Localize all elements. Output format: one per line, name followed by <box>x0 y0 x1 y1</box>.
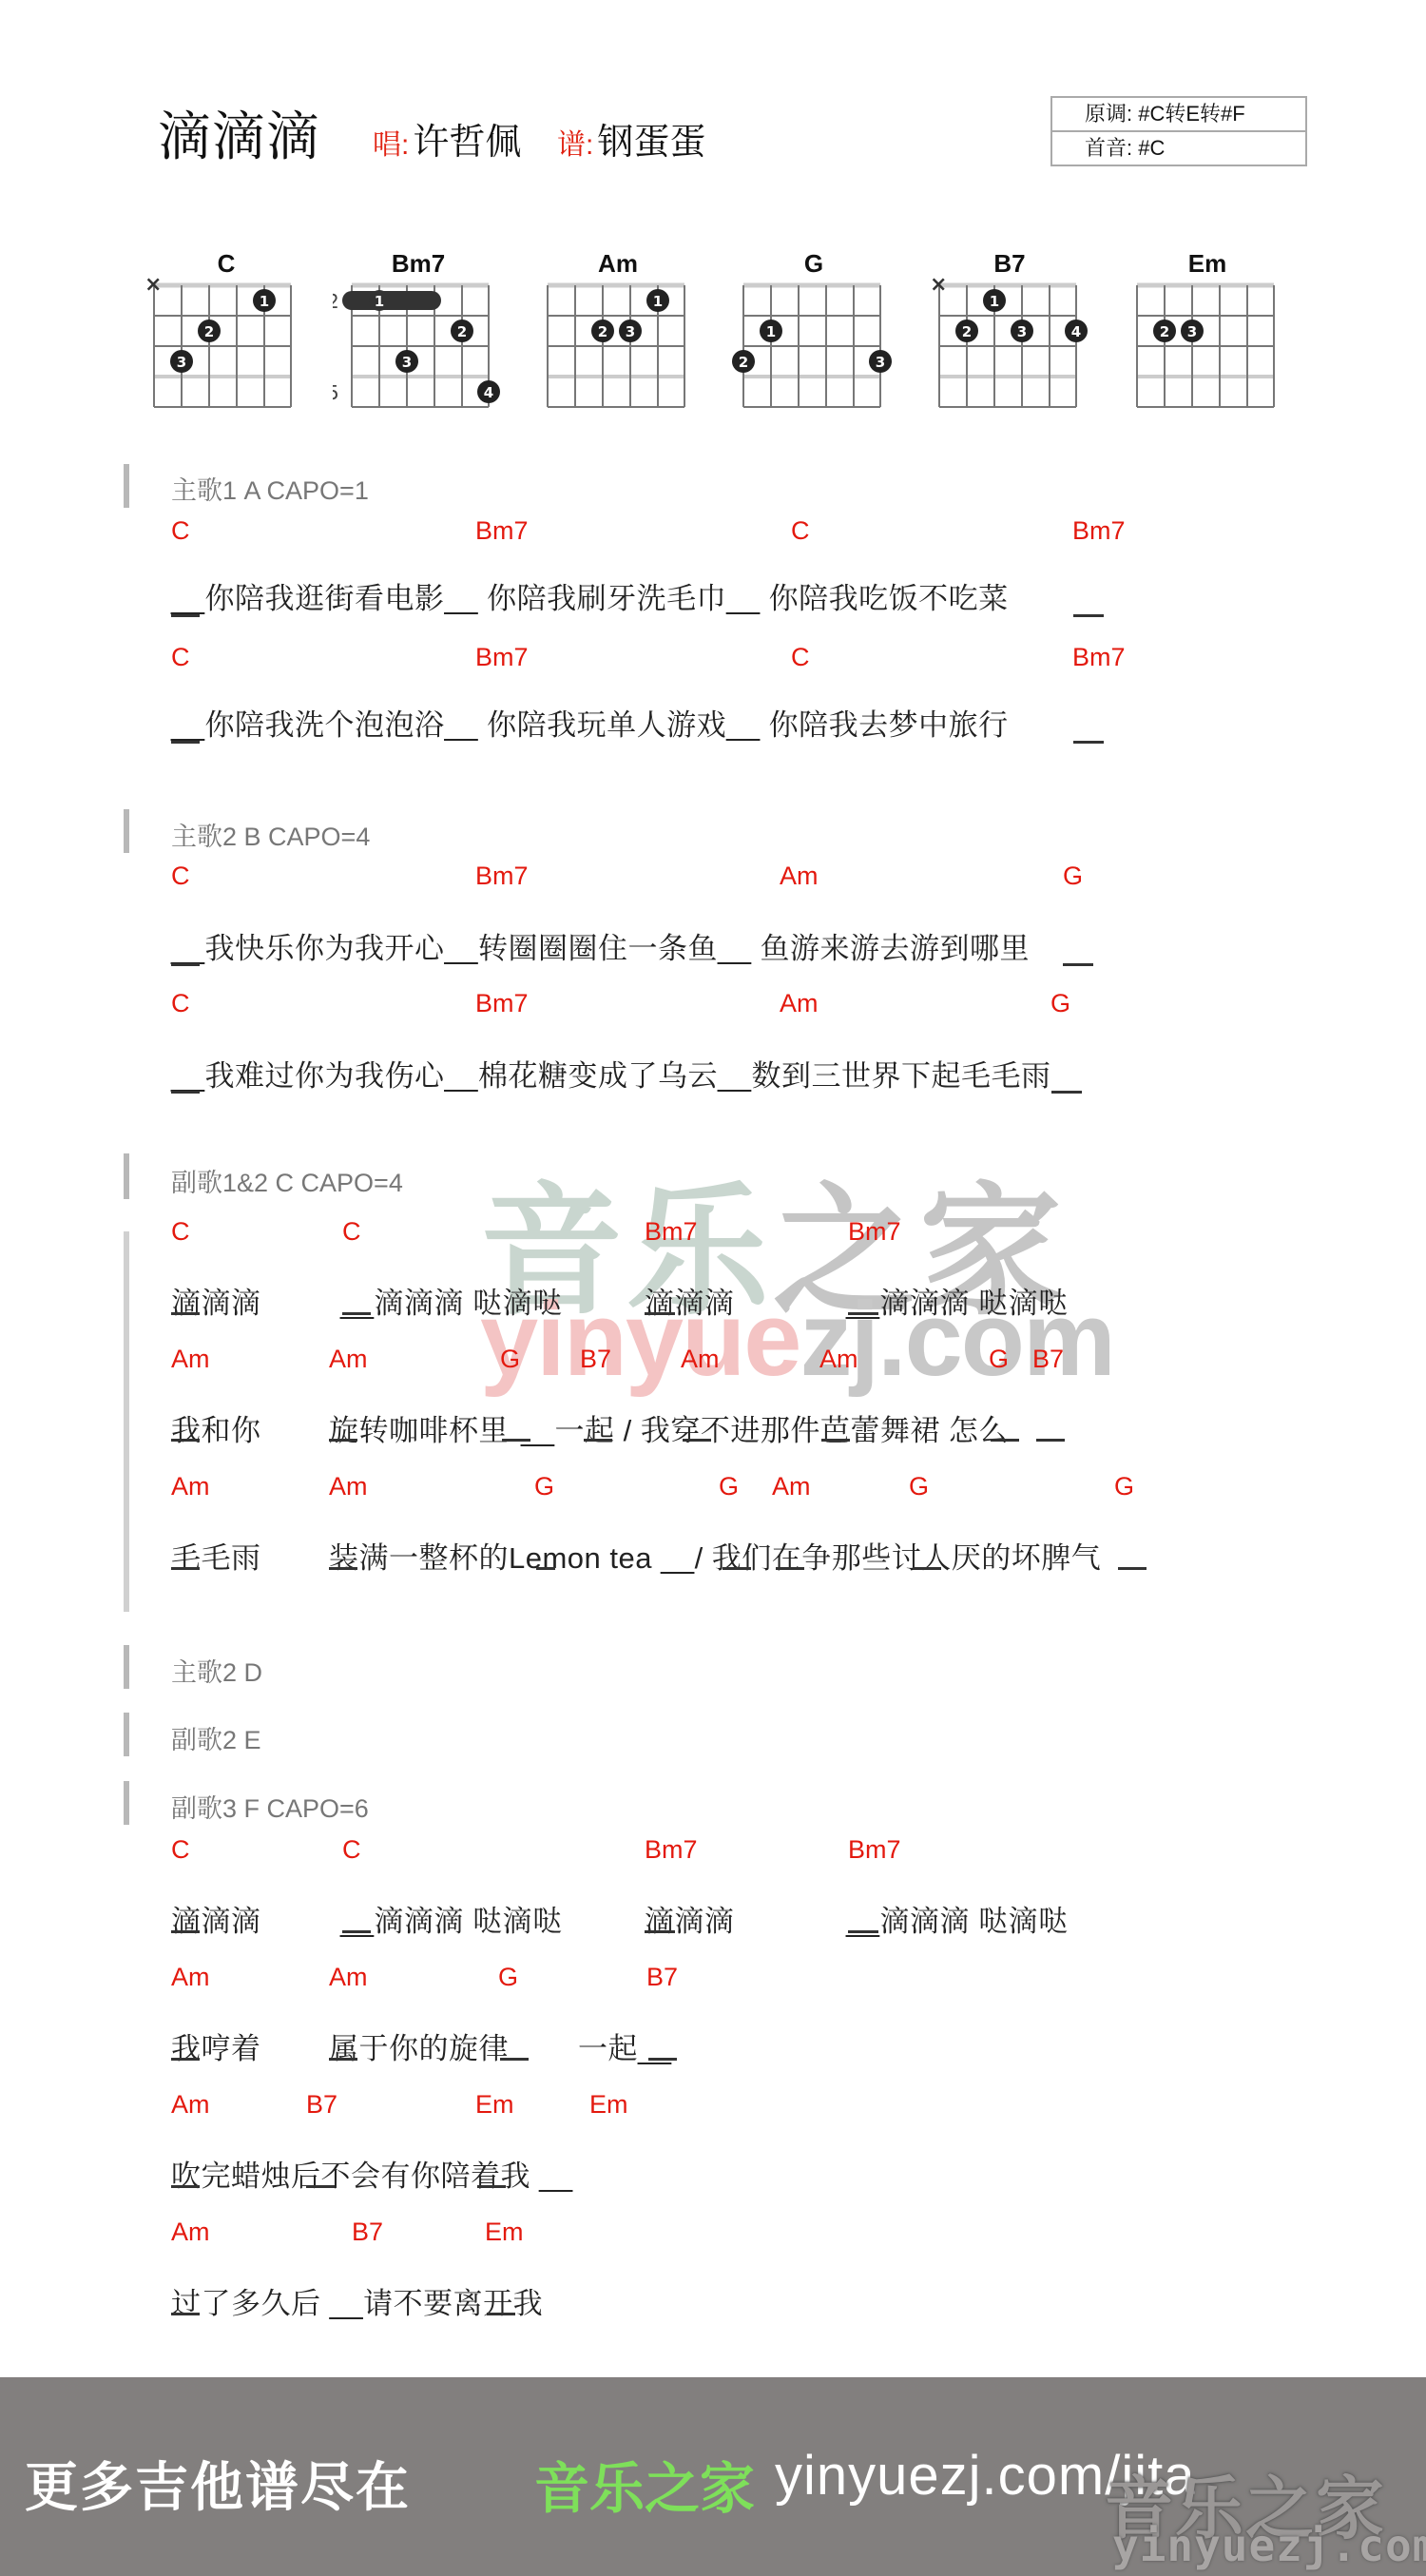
arranger-label: 谱: <box>557 129 593 161</box>
svg-text:×: × <box>930 273 947 297</box>
section-marker <box>124 809 129 853</box>
svg-text:3: 3 <box>876 354 885 371</box>
section-marker <box>124 1781 129 1825</box>
chord-label: Am <box>171 2218 210 2247</box>
chord-label: Am <box>171 2090 210 2120</box>
lyric-line: 过了多久后 __请不要离开我 <box>171 2279 543 2322</box>
lyric-part: __一起 / 我穿不进那件芭蕾舞裙 怎么 <box>521 1406 1009 1449</box>
chord-diagram-em: Em 2 3 <box>1122 243 1293 415</box>
chord-label: B7 <box>580 1345 611 1374</box>
lyric-line: __你陪我洗个泡泡浴__ 你陪我玩单人游戏__ 你陪我去梦中旅行 <box>171 701 1009 744</box>
chord-label: Em <box>475 2090 514 2120</box>
section-label-verse2: 主歌2 B CAPO=4 <box>171 816 370 853</box>
svg-text:3: 3 <box>1017 323 1027 340</box>
chord-label: G <box>498 1963 518 1992</box>
lyric-line: __你陪我逛街看电影__ 你陪我刷牙洗毛巾__ 你陪我吃饭不吃菜 <box>171 574 1009 617</box>
fretboard-icon: 1 2 3 <box>728 243 899 415</box>
chord-label: Em <box>589 2090 628 2120</box>
lyric-part: 属于你的旋律 <box>329 2024 509 2067</box>
chord-label: C <box>171 862 190 891</box>
lyric-part: 滴滴滴 <box>171 1897 261 1940</box>
chord-label: G <box>500 1345 520 1374</box>
chord-label: Bm7 <box>475 643 529 672</box>
lyric-part: __滴滴滴 哒滴哒 <box>340 1897 563 1940</box>
chord-label: Bm7 <box>475 516 529 546</box>
section-label-chorus3: 副歌3 F CAPO=6 <box>171 1788 369 1825</box>
svg-text:3: 3 <box>177 354 186 371</box>
fretboard-icon: 1 2 3 <box>532 243 703 415</box>
chord-label: C <box>171 516 190 546</box>
singer-credit: 唱:许哲佩 <box>373 112 521 165</box>
chord-label: G <box>989 1345 1009 1374</box>
chord-label: C <box>342 1835 361 1865</box>
song-title: 滴滴滴 <box>158 95 320 171</box>
section-marker <box>124 1713 129 1756</box>
chord-label: Am <box>329 1963 368 1992</box>
chord-label: C <box>171 1217 190 1247</box>
chord-label: Am <box>329 1472 368 1501</box>
svg-text:1: 1 <box>653 293 663 310</box>
lyric-part: 我和你 <box>171 1406 261 1449</box>
footer-banner: 更多吉他谱尽在 音乐之家 yinyuezj.com/jita 音乐之家 yiny… <box>0 2377 1426 2576</box>
arranger-credit: 谱:钢蛋蛋 <box>557 112 705 165</box>
footer-slogan: 更多吉他谱尽在 <box>25 2446 411 2522</box>
section-label-verse1: 主歌1 A CAPO=1 <box>171 470 369 507</box>
chord-label: B7 <box>1032 1345 1064 1374</box>
chord-label: C <box>791 516 810 546</box>
lyric-part: 毛毛雨 <box>171 1534 261 1577</box>
chord-label: B7 <box>352 2218 383 2247</box>
end-fret-label: 5 <box>333 381 339 404</box>
chord-label: Am <box>171 1472 210 1501</box>
chord-label: Bm7 <box>645 1835 698 1865</box>
fretboard-icon: × 1 2 3 4 <box>924 243 1095 415</box>
chord-label: G <box>1063 862 1083 891</box>
svg-text:3: 3 <box>1187 323 1197 340</box>
svg-text:3: 3 <box>402 354 412 371</box>
section-marker <box>124 1153 129 1199</box>
chord-diagram-bm7: Bm7 2 5 1 2 3 4 <box>333 243 504 415</box>
svg-text:2: 2 <box>739 354 748 371</box>
lyric-part: 滴滴滴 <box>645 1897 735 1940</box>
chord-label: Am <box>329 1345 368 1374</box>
chord-label: Am <box>171 1345 210 1374</box>
start-fret-label: 2 <box>333 290 339 313</box>
chord-diagram-b7: B7 × 1 2 3 4 <box>924 243 1095 415</box>
arranger-name: 钢蛋蛋 <box>597 123 705 163</box>
chord-diagram-am: Am 1 2 3 <box>532 243 703 415</box>
lyric-part: 滴滴滴 <box>645 1279 735 1322</box>
lyric-part: __滴滴滴 哒滴哒 <box>846 1897 1069 1940</box>
chord-label: Bm7 <box>1072 516 1126 546</box>
chord-label: Bm7 <box>645 1217 698 1247</box>
site-logo-url: yinyuezj.com <box>1112 2520 1426 2571</box>
singer-label: 唱: <box>373 129 409 161</box>
lyric-part: 滴滴滴 <box>171 1279 261 1322</box>
key-info-box: 原调: #C转E转#F 首音: #C <box>1050 96 1307 166</box>
chord-label: C <box>342 1217 361 1247</box>
original-key: 原调: #C转E转#F <box>1052 98 1305 130</box>
chord-label: C <box>171 989 190 1018</box>
first-note: 首音: #C <box>1052 130 1305 165</box>
section-label-chorus: 副歌1&2 C CAPO=4 <box>171 1162 403 1199</box>
lyric-line: __我快乐你为我开心__转圈圈圈住一条鱼__ 鱼游来游去游到哪里 <box>171 924 1030 967</box>
chord-label: G <box>534 1472 554 1501</box>
lyric-part: __滴滴滴 哒滴哒 <box>846 1279 1069 1322</box>
chord-label: Bm7 <box>848 1217 901 1247</box>
chord-label: C <box>791 643 810 672</box>
chord-label: G <box>1114 1472 1134 1501</box>
svg-text:2: 2 <box>962 323 972 340</box>
section-label-chorus2e: 副歌2 E <box>171 1719 261 1756</box>
section-marker <box>124 1645 129 1689</box>
svg-text:1: 1 <box>260 293 269 310</box>
chord-label: Am <box>171 1963 210 1992</box>
chord-label: Bm7 <box>848 1835 901 1865</box>
fretboard-icon: × 1 2 3 <box>141 243 312 415</box>
lyric-part: 一起__ <box>578 2024 671 2067</box>
chord-label: Bm7 <box>475 989 529 1018</box>
svg-text:2: 2 <box>598 323 607 340</box>
chord-label: C <box>171 643 190 672</box>
lyric-part: 旋转咖啡杯里 <box>329 1406 509 1449</box>
fretboard-icon: 2 5 1 2 3 4 <box>333 243 504 415</box>
svg-text:1: 1 <box>766 323 776 340</box>
chord-diagram-g: G 1 2 3 <box>728 243 899 415</box>
section-marker <box>124 464 129 508</box>
chord-label: Am <box>772 1472 811 1501</box>
lyric-line: 吹完蜡烛后不会有你陪着我 __ <box>171 2152 573 2195</box>
chord-diagram-c: C × 1 2 3 <box>141 243 312 415</box>
chord-label: Am <box>780 989 819 1018</box>
chord-label: Am <box>819 1345 858 1374</box>
lyric-part: 我哼着 <box>171 2024 261 2067</box>
chord-label: Em <box>485 2218 524 2247</box>
chord-label: C <box>171 1835 190 1865</box>
singer-name: 许哲佩 <box>413 123 521 163</box>
footer-brand: 音乐之家 <box>534 2444 755 2524</box>
fretboard-icon: 2 3 <box>1122 243 1293 415</box>
lyric-part: 装满一整杯的Lemon tea __/ 我们在争那些讨人厌的坏脾气 <box>329 1534 1101 1577</box>
chorus-span-marker <box>124 1231 129 1612</box>
svg-text:×: × <box>145 273 162 297</box>
svg-text:2: 2 <box>204 323 214 340</box>
svg-text:1: 1 <box>990 293 999 310</box>
chord-label: G <box>1050 989 1070 1018</box>
section-label-verse2d: 主歌2 D <box>171 1652 262 1689</box>
svg-text:4: 4 <box>484 384 493 401</box>
lyric-part: __滴滴滴 哒滴哒 <box>340 1279 563 1322</box>
chord-label: B7 <box>306 2090 337 2120</box>
chord-label: G <box>719 1472 739 1501</box>
svg-text:4: 4 <box>1071 323 1081 340</box>
svg-text:1: 1 <box>375 293 384 310</box>
chord-label: G <box>909 1472 929 1501</box>
chord-label: Am <box>780 862 819 891</box>
svg-text:2: 2 <box>457 323 467 340</box>
lyric-line: __我难过你为我伤心__棉花糖变成了乌云__数到三世界下起毛毛雨 <box>171 1052 1050 1094</box>
svg-text:3: 3 <box>626 323 635 340</box>
chord-label: B7 <box>646 1963 678 1992</box>
chord-label: Bm7 <box>475 862 529 891</box>
chord-label: Am <box>681 1345 720 1374</box>
chord-label: Bm7 <box>1072 643 1126 672</box>
svg-text:2: 2 <box>1160 323 1169 340</box>
